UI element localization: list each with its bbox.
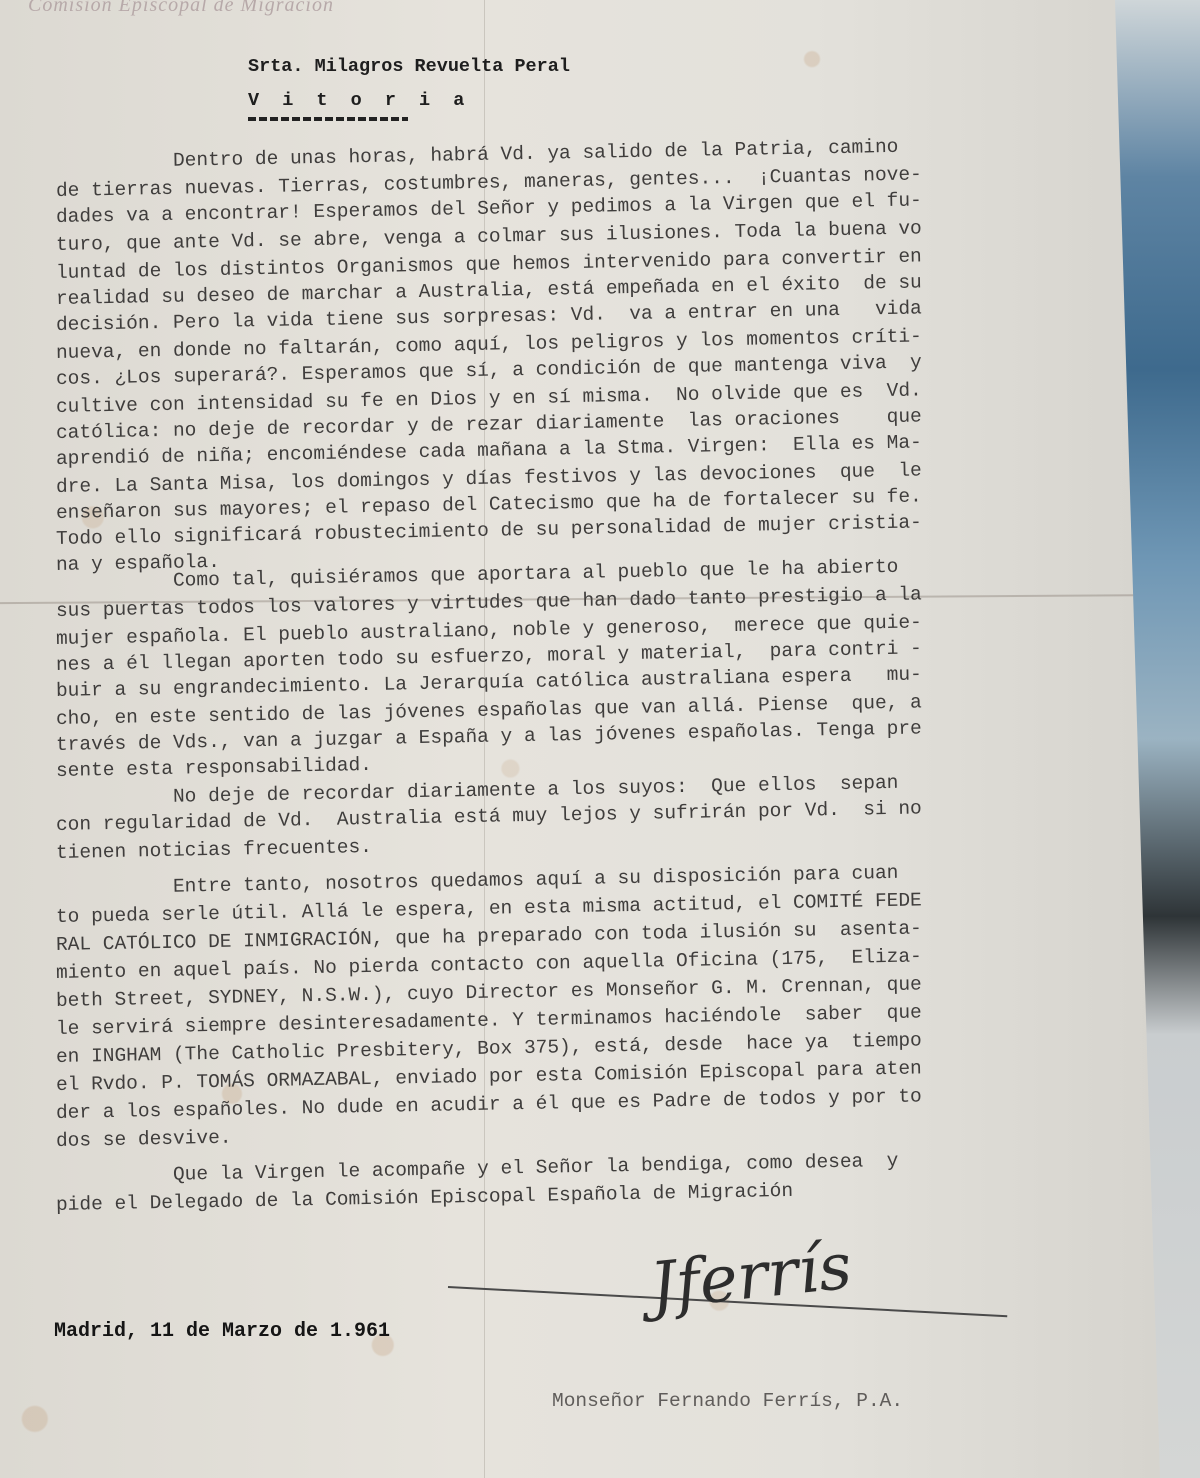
city-underline	[248, 117, 408, 121]
letter-paper: Comisión Episcopal de Migración Srta. Mi…	[0, 0, 1160, 1478]
letter-date: Madrid, 11 de Marzo de 1.961	[54, 1322, 390, 1342]
recipient-city: V i t o r i a	[248, 92, 470, 111]
letter-line: tienen noticias frecuentes.	[56, 836, 372, 864]
recipient-name: Srta. Milagros Revuelta Peral	[248, 58, 570, 77]
signer-name: Monseñor Fernando Ferrís, P.A.	[552, 1392, 903, 1412]
letterhead: Comisión Episcopal de Migración	[28, 0, 334, 17]
letter-line: dos se desvive.	[56, 1127, 232, 1152]
signature: Jferrís	[647, 1230, 855, 1325]
letter-line: sente esta responsabilidad.	[56, 754, 372, 782]
